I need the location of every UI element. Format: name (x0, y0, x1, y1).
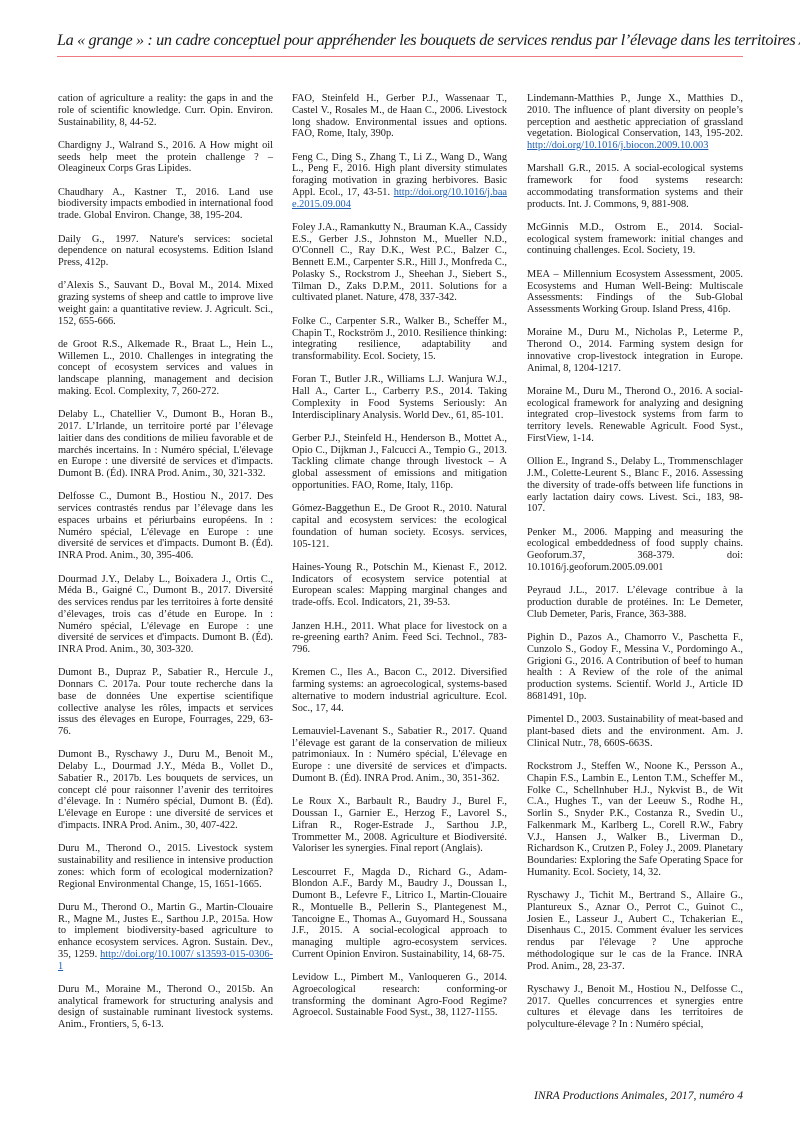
reference-text: Moraine M., Duru M., Nicholas P., Leterm… (527, 327, 743, 373)
reference-text: d’Alexis S., Sauvant D., Boval M., 2014.… (58, 280, 273, 326)
reference-text: Chaudhary A., Kastner T., 2016. Land use… (58, 187, 273, 222)
reference-entry: Lemauviel-Lavenant S., Sabatier R., 2017… (292, 726, 507, 785)
reference-text: Daily G., 1997. Nature's services: socie… (58, 234, 273, 269)
reference-entry: de Groot R.S., Alkemade R., Braat L., He… (58, 339, 273, 398)
reference-text: Marshall G.R., 2015. A social-ecological… (527, 163, 743, 209)
reference-entry: Dumont B., Ryschawy J., Duru M., Benoit … (58, 749, 273, 831)
reference-entry: Dourmad J.Y., Delaby L., Boixadera J., O… (58, 574, 273, 656)
reference-entry: Foley J.A., Ramankutty N., Brauman K.A.,… (292, 222, 507, 304)
reference-text: Moraine M., Duru M., Therond O., 2016. A… (527, 386, 743, 444)
reference-text: Gerber P.J., Steinfeld H., Henderson B.,… (292, 433, 507, 491)
reference-text: FAO, Steinfeld H., Gerber P.J., Wassenaa… (292, 93, 507, 139)
reference-entry: Janzen H.H., 2011. What place for livest… (292, 621, 507, 656)
reference-text: Ryschawy J., Tichit M., Bertrand S., All… (527, 890, 743, 972)
reference-entry: d’Alexis S., Sauvant D., Boval M., 2014.… (58, 280, 273, 327)
running-header: La « grange » : un cadre conceptuel pour… (57, 30, 743, 57)
reference-text: Duru M., Moraine M., Therond O., 2015b. … (58, 984, 273, 1030)
reference-entry: Kremen C., Iles A., Bacon C., 2012. Dive… (292, 667, 507, 714)
reference-text: Dourmad J.Y., Delaby L., Boixadera J., O… (58, 574, 273, 656)
reference-entry: Rockstrom J., Steffen W., Noone K., Pers… (527, 761, 743, 879)
reference-entry: Folke C., Carpenter S.R., Walker B., Sch… (292, 316, 507, 363)
reference-entry: Lescourret F., Magda D., Richard G., Ada… (292, 867, 507, 961)
reference-entry: Foran T., Butler J.R., Williams L.J. Wan… (292, 374, 507, 421)
reference-entry: Duru M., Therond O., 2015. Livestock sys… (58, 843, 273, 890)
reference-entry: Penker M., 2006. Mapping and measuring t… (527, 527, 743, 574)
reference-entry: Pighin D., Pazos A., Chamorro V., Pasche… (527, 632, 743, 703)
reference-entry: McGinnis M.D., Ostrom E., 2014. Social-e… (527, 222, 743, 257)
reference-text: Ollion E., Ingrand S., Delaby L., Tromme… (527, 456, 743, 514)
reference-text: Pimentel D., 2003. Sustainability of mea… (527, 714, 743, 749)
reference-text: Pighin D., Pazos A., Chamorro V., Pasche… (527, 632, 743, 702)
reference-text: Lescourret F., Magda D., Richard G., Ada… (292, 867, 507, 960)
reference-text: Ryschawy J., Benoit M., Hostiou N., Delf… (527, 984, 743, 1030)
reference-entry: cation of agriculture a reality: the gap… (58, 93, 273, 128)
reference-entry: Peyraud J.L., 2017. L’élevage contribue … (527, 585, 743, 620)
journal-footer: INRA Productions Animales, 2017, numéro … (522, 1089, 743, 1102)
reference-entry: Feng C., Ding S., Zhang T., Li Z., Wang … (292, 152, 507, 211)
reference-text: Folke C., Carpenter S.R., Walker B., Sch… (292, 316, 507, 362)
reference-entry: Ollion E., Ingrand S., Delaby L., Tromme… (527, 456, 743, 515)
reference-entry: Levidow L., Pimbert M., Vanloqueren G., … (292, 972, 507, 1019)
reference-text: Levidow L., Pimbert M., Vanloqueren G., … (292, 972, 507, 1018)
reference-text: cation of agriculture a reality: the gap… (58, 93, 273, 128)
article-title: La « grange » : un cadre conceptuel pour… (57, 31, 800, 49)
reference-text: Peyraud J.L., 2017. L’élevage contribue … (527, 585, 743, 620)
reference-text: de Groot R.S., Alkemade R., Braat L., He… (58, 339, 273, 397)
reference-entry: Duru M., Therond O., Martin G., Martin-C… (58, 902, 273, 973)
reference-text: Kremen C., Iles A., Bacon C., 2012. Dive… (292, 667, 507, 713)
reference-text: Dumont B., Ryschawy J., Duru M., Benoit … (58, 749, 273, 831)
reference-entry: Chaudhary A., Kastner T., 2016. Land use… (58, 187, 273, 222)
reference-entry: Lindemann-Matthies P., Junge X., Matthie… (527, 93, 743, 152)
reference-text: Delfosse C., Dumont B., Hostiou N., 2017… (58, 491, 273, 561)
running-header-title: La « grange » : un cadre conceptuel pour… (57, 31, 800, 49)
reference-text: Duru M., Therond O., 2015. Livestock sys… (58, 843, 273, 889)
reference-entry: Haines-Young R., Potschin M., Kienast F.… (292, 562, 507, 609)
reference-entry: MEA – Millennium Ecosystem Assessment, 2… (527, 269, 743, 316)
reference-text: Le Roux X., Barbault R., Baudry J., Bure… (292, 796, 507, 854)
reference-text: Penker M., 2006. Mapping and measuring t… (527, 527, 743, 573)
reference-text: Lemauviel-Lavenant S., Sabatier R., 2017… (292, 726, 507, 784)
doi-link[interactable]: http://doi.org/10.1016/j.biocon.2009.10.… (527, 140, 708, 151)
reference-entry: FAO, Steinfeld H., Gerber P.J., Wassenaa… (292, 93, 507, 140)
reference-entry: Daily G., 1997. Nature's services: socie… (58, 234, 273, 269)
reference-text: Rockstrom J., Steffen W., Noone K., Pers… (527, 761, 743, 878)
reference-text: Janzen H.H., 2011. What place for livest… (292, 621, 507, 656)
reference-entry: Ryschawy J., Tichit M., Bertrand S., All… (527, 890, 743, 972)
reference-entry: Pimentel D., 2003. Sustainability of mea… (527, 714, 743, 749)
reference-text: Foley J.A., Ramankutty N., Brauman K.A.,… (292, 222, 507, 304)
reference-entry: Delaby L., Chatellier V., Dumont B., Hor… (58, 409, 273, 480)
reference-entry: Duru M., Moraine M., Therond O., 2015b. … (58, 984, 273, 1031)
reference-entry: Gerber P.J., Steinfeld H., Henderson B.,… (292, 433, 507, 492)
reference-entry: Chardigny J., Walrand S., 2016. A How mi… (58, 140, 273, 175)
reference-entry: Dumont B., Dupraz P., Sabatier R., Hercu… (58, 667, 273, 738)
reference-text: Dumont B., Dupraz P., Sabatier R., Hercu… (58, 667, 273, 737)
reference-entry: Ryschawy J., Benoit M., Hostiou N., Delf… (527, 984, 743, 1031)
reference-entry: Delfosse C., Dumont B., Hostiou N., 2017… (58, 491, 273, 562)
reference-entry: Moraine M., Duru M., Nicholas P., Leterm… (527, 327, 743, 374)
reference-text: Haines-Young R., Potschin M., Kienast F.… (292, 562, 507, 608)
references-column-right: Lindemann-Matthies P., Junge X., Matthie… (527, 93, 743, 1043)
reference-entry: Gómez-Baggethun E., De Groot R., 2010. N… (292, 503, 507, 550)
references-column-middle: FAO, Steinfeld H., Gerber P.J., Wassenaa… (292, 93, 507, 1031)
reference-text: McGinnis M.D., Ostrom E., 2014. Social-e… (527, 222, 743, 257)
references-column-left: cation of agriculture a reality: the gap… (58, 93, 273, 1043)
reference-entry: Moraine M., Duru M., Therond O., 2016. A… (527, 386, 743, 445)
reference-text: Lindemann-Matthies P., Junge X., Matthie… (527, 93, 743, 139)
reference-text: Gómez-Baggethun E., De Groot R., 2010. N… (292, 503, 507, 549)
reference-text: Foran T., Butler J.R., Williams L.J. Wan… (292, 374, 507, 420)
reference-text: Delaby L., Chatellier V., Dumont B., Hor… (58, 409, 273, 479)
reference-text: Chardigny J., Walrand S., 2016. A How mi… (58, 140, 273, 175)
reference-text: MEA – Millennium Ecosystem Assessment, 2… (527, 269, 743, 315)
reference-entry: Marshall G.R., 2015. A social-ecological… (527, 163, 743, 210)
reference-entry: Le Roux X., Barbault R., Baudry J., Bure… (292, 796, 507, 855)
